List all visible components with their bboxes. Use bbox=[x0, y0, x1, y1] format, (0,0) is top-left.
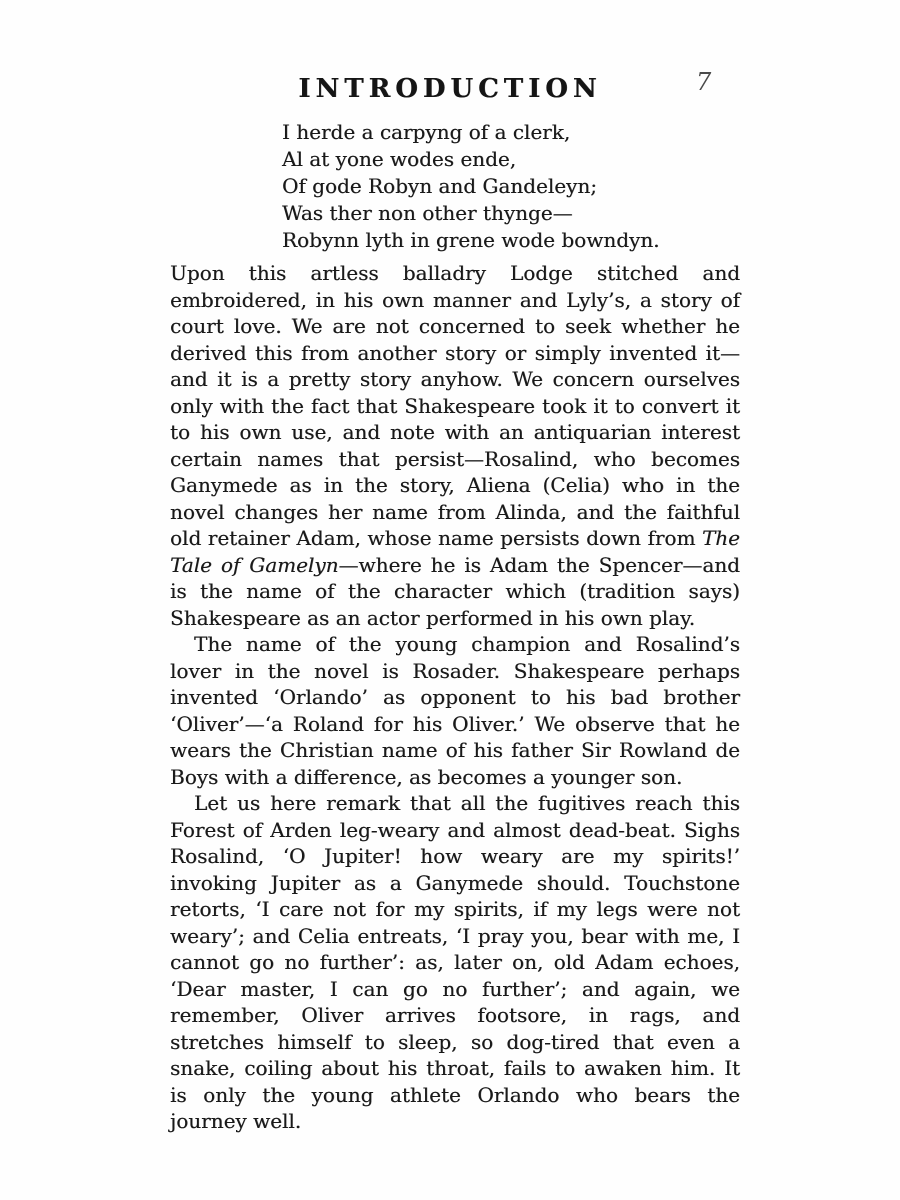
poem-line: Was ther non other thynge— bbox=[282, 200, 660, 227]
paragraph-3: Let us here remark that all the fugitive… bbox=[170, 790, 740, 1135]
poem-line: Robynn lyth in grene wode bowndyn. bbox=[282, 227, 660, 254]
body-text: Upon this artless balladry Lodge stitche… bbox=[170, 260, 740, 1135]
paragraph-1: Upon this artless balladry Lodge stitche… bbox=[170, 260, 740, 631]
page-number: 7 bbox=[696, 68, 711, 96]
poem-quote: I herde a carpyng of a clerk, Al at yone… bbox=[282, 119, 660, 254]
poem-line: I herde a carpyng of a clerk, bbox=[282, 119, 660, 146]
poem-line: Al at yone wodes ende, bbox=[282, 146, 660, 173]
chapter-heading: INTRODUCTION bbox=[0, 74, 900, 104]
paragraph-1-text: Upon this artless balladry Lodge stitche… bbox=[170, 261, 740, 550]
paragraph-2: The name of the young champion and Rosal… bbox=[170, 631, 740, 790]
book-page: INTRODUCTION 7 I herde a carpyng of a cl… bbox=[0, 0, 900, 1200]
poem-line: Of gode Robyn and Gandeleyn; bbox=[282, 173, 660, 200]
